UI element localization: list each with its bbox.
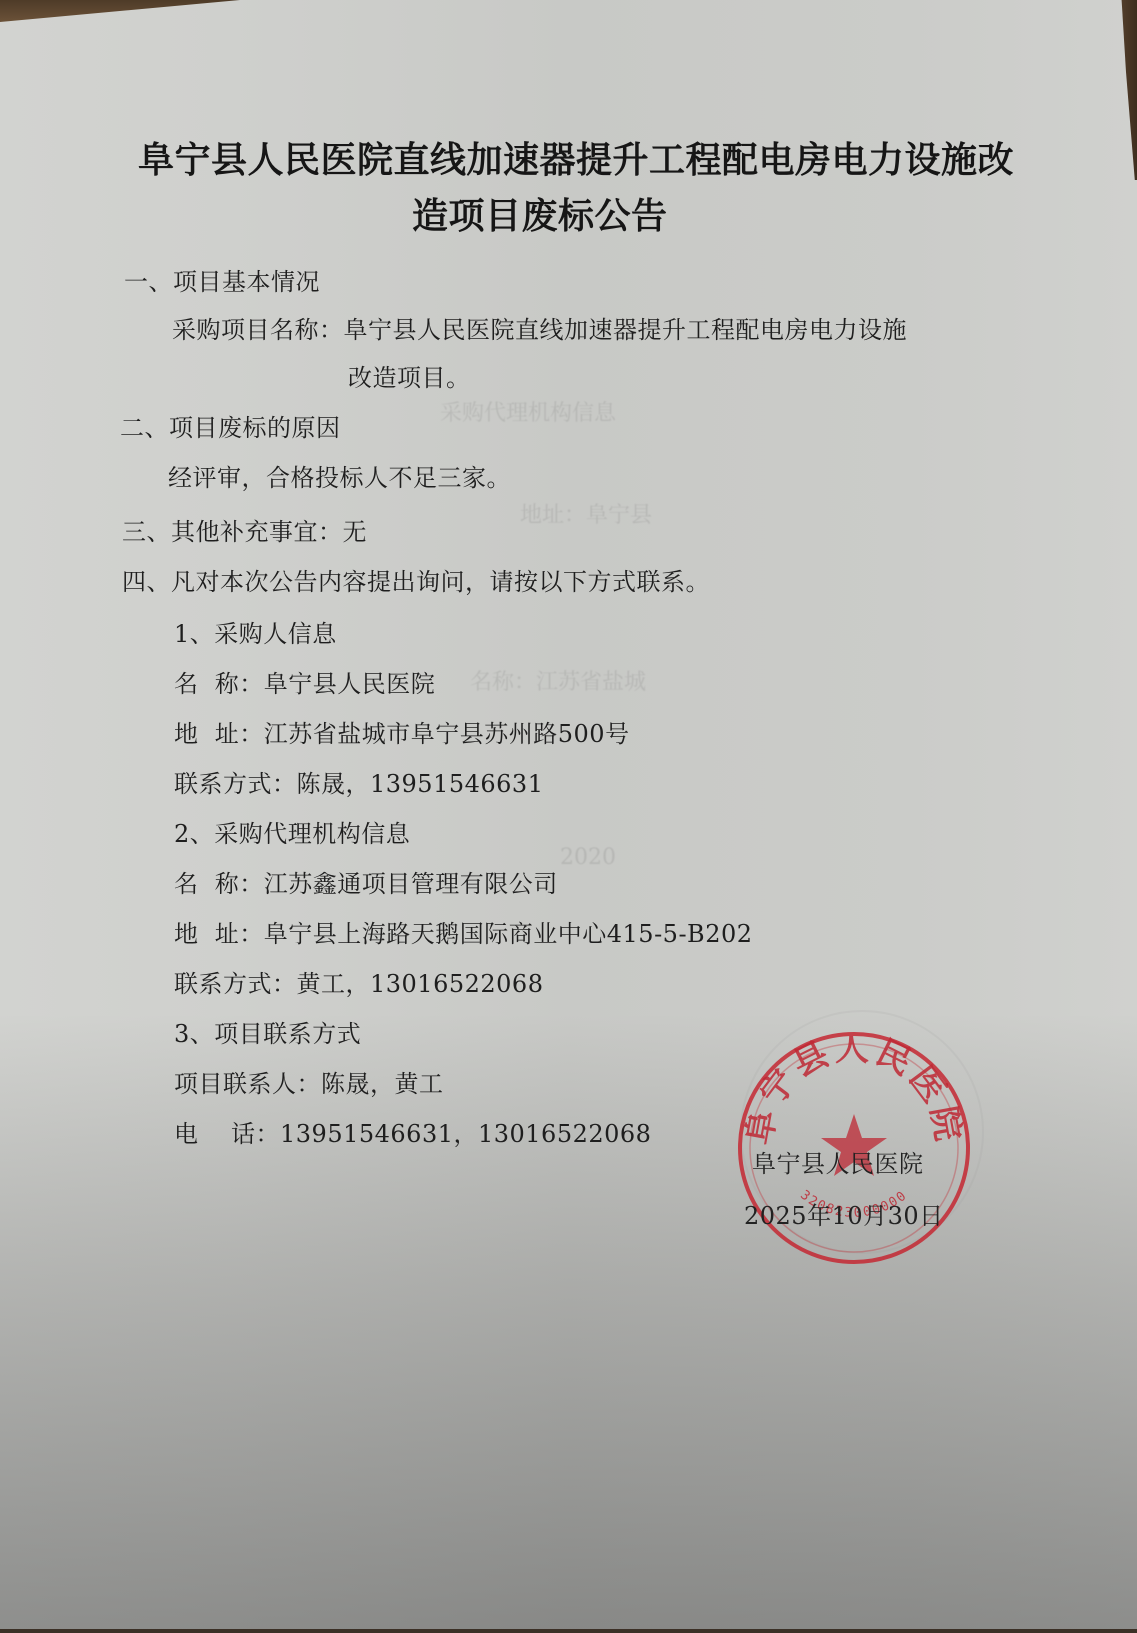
section-1-line-1: 采购项目名称：阜宁县人民医院直线加速器提升工程配电房电力设施: [172, 310, 907, 345]
purchaser-address-row: 地 址：江苏省盐城市阜宁县苏州路500号: [174, 714, 630, 749]
section-2-line-1: 经评审，合格投标人不足三家。: [168, 458, 511, 493]
signature-date: 2025年10月30日: [744, 1196, 944, 1231]
document-title-line2: 造项目废标公告: [412, 188, 668, 239]
signature-org: 阜宁县人民医院: [752, 1144, 924, 1179]
bleed-through-text: 2020: [560, 845, 616, 870]
section-3-heading: 三、其他补充事宜：无: [122, 512, 367, 547]
project-contact-person: 陈晟，黄工: [321, 1070, 444, 1098]
document-title-line1: 阜宁县人民医院直线加速器提升工程配电房电力设施改: [138, 132, 1014, 183]
agency-name: 江苏鑫通项目管理有限公司: [264, 870, 558, 898]
project-contact-person-row: 项目联系人：陈晟，黄工: [174, 1064, 444, 1099]
project-contact-phone-label: 电 话：: [174, 1120, 280, 1148]
purchaser-heading: 1、采购人信息: [174, 614, 337, 649]
section-1-line-2: 改造项目。: [348, 358, 471, 393]
bleed-through-text: 地址：阜宁县: [520, 498, 652, 529]
paper-sheet: [0, 0, 1137, 1633]
purchaser-name: 阜宁县人民医院: [264, 670, 436, 698]
agency-address: 阜宁县上海路天鹅国际商业中心415-5-B202: [264, 920, 753, 948]
project-contact-phone-row: 电 话：13951546631，13016522068: [174, 1114, 651, 1149]
bleed-through-text: 采购代理机构信息: [440, 396, 616, 427]
purchaser-address: 江苏省盐城市阜宁县苏州路500号: [264, 720, 630, 748]
agency-contact-label: 联系方式：: [174, 970, 297, 998]
bleed-through-text: 名称：江苏省盐城: [470, 665, 646, 696]
purchaser-name-row: 名 称：阜宁县人民医院: [174, 664, 435, 699]
agency-name-label: 名 称：: [174, 870, 264, 898]
agency-contact-row: 联系方式：黄工，13016522068: [174, 964, 543, 999]
purchaser-contact-label: 联系方式：: [174, 770, 297, 798]
agency-contact: 黄工，13016522068: [297, 970, 544, 998]
project-contact-phone: 13951546631，13016522068: [280, 1120, 651, 1148]
project-contact-person-label: 项目联系人：: [174, 1070, 321, 1098]
section-2-heading: 二、项目废标的原因: [120, 408, 341, 443]
section-4-heading: 四、凡对本次公告内容提出询问，请按以下方式联系。: [122, 562, 710, 597]
purchaser-address-label: 地 址：: [174, 720, 264, 748]
purchaser-contact-row: 联系方式：陈晟，13951546631: [174, 764, 543, 799]
agency-address-label: 地 址：: [174, 920, 264, 948]
agency-heading: 2、采购代理机构信息: [174, 814, 410, 849]
section-1-heading: 一、项目基本情况: [124, 262, 320, 297]
project-contact-heading: 3、项目联系方式: [174, 1014, 361, 1049]
agency-address-row: 地 址：阜宁县上海路天鹅国际商业中心415-5-B202: [174, 914, 753, 949]
purchaser-name-label: 名 称：: [174, 670, 264, 698]
purchaser-contact: 陈晟，13951546631: [297, 770, 544, 798]
agency-name-row: 名 称：江苏鑫通项目管理有限公司: [174, 864, 558, 899]
tabletop-bottom-edge: [0, 1629, 1137, 1633]
